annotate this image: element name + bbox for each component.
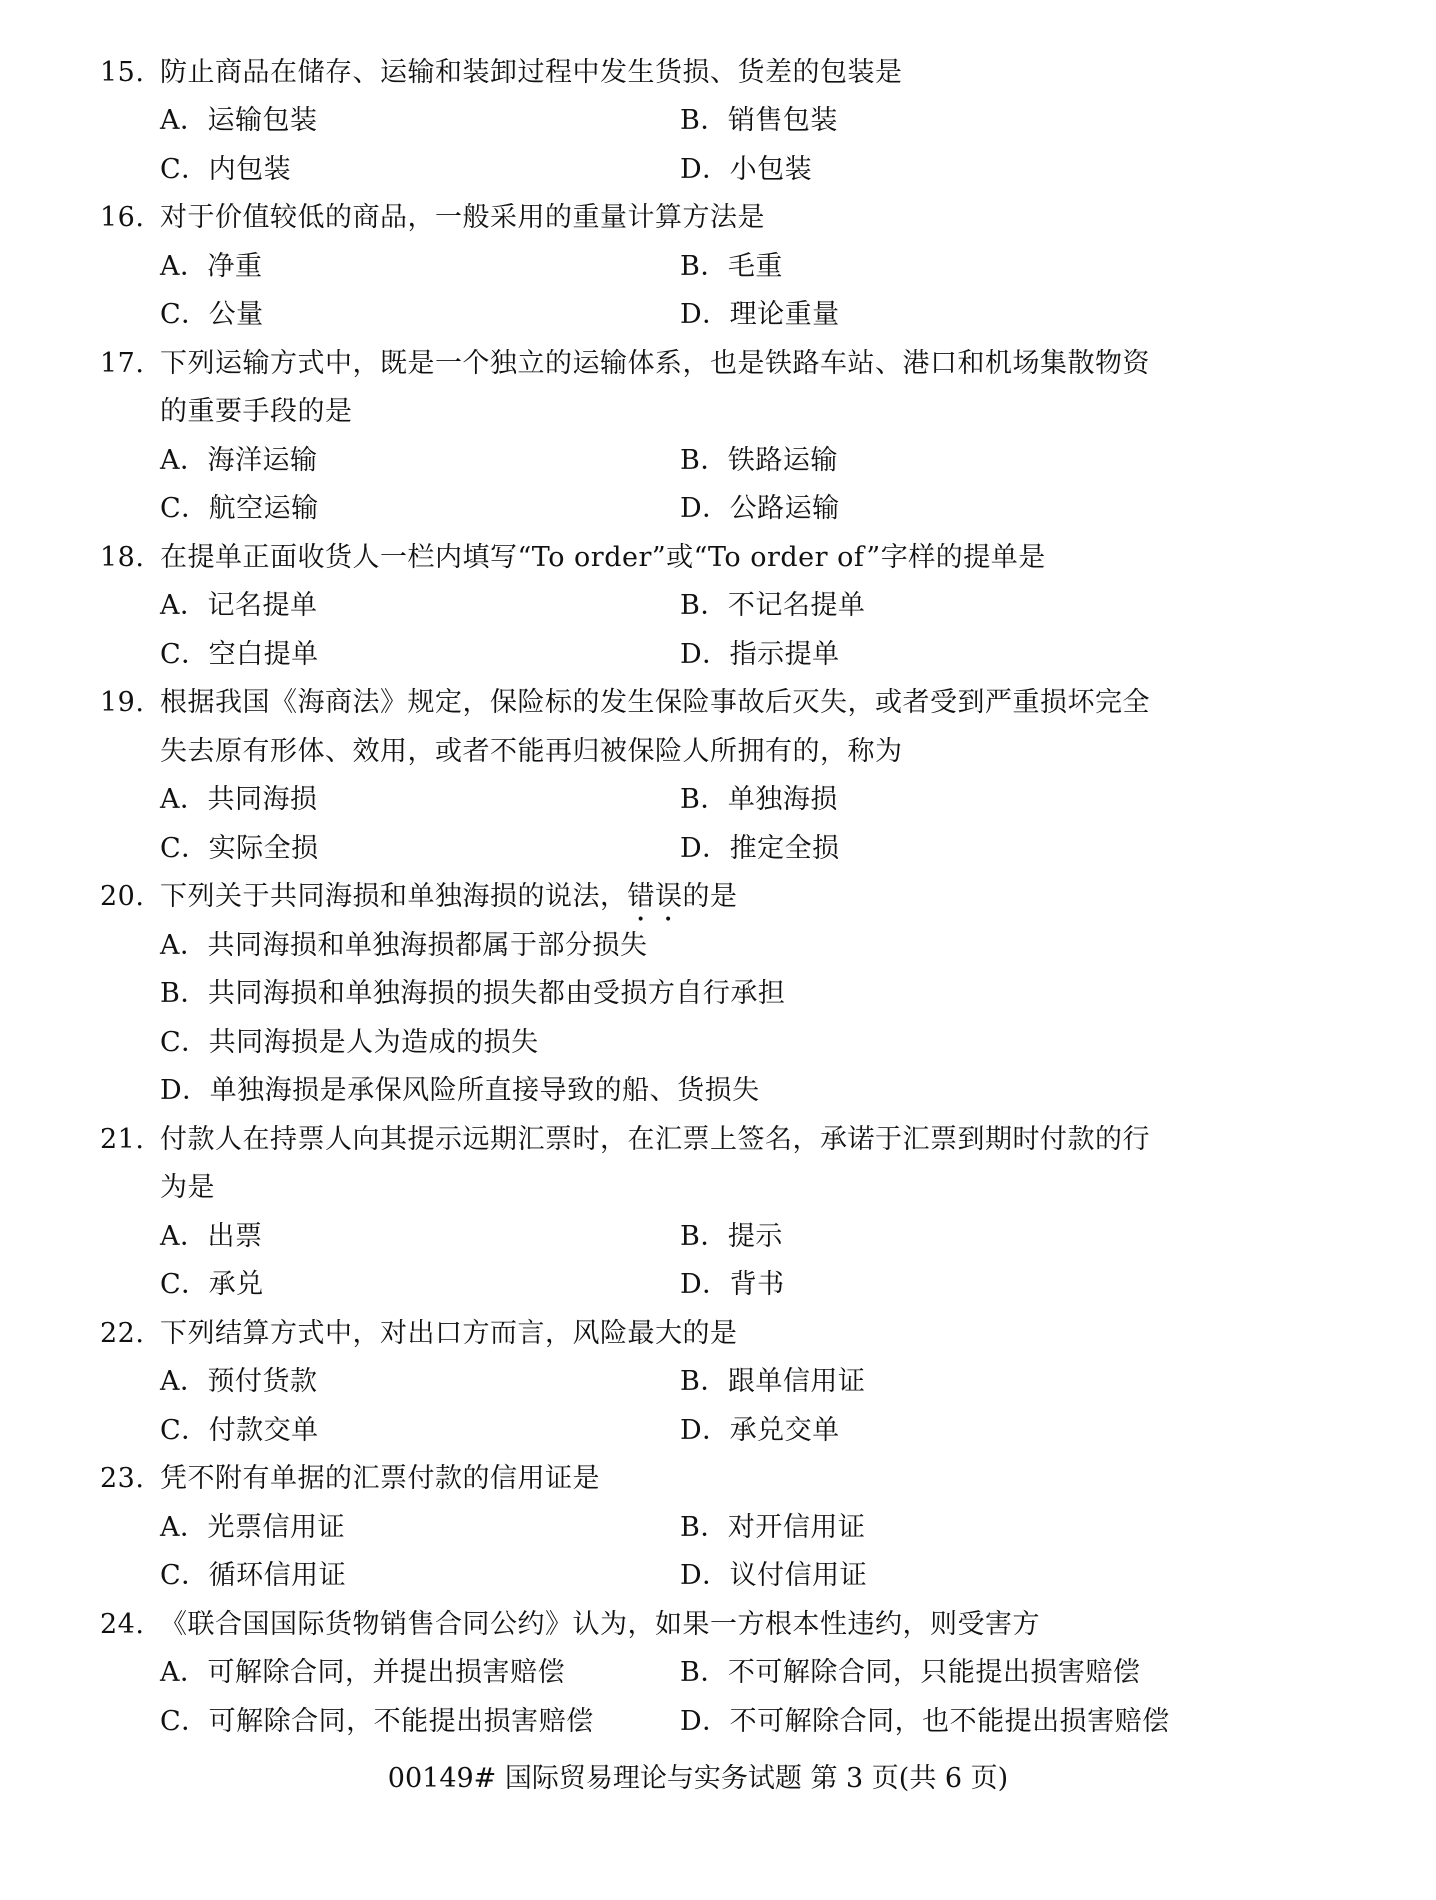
option-b: B．毛重: [680, 243, 783, 291]
option-d: D．背书: [680, 1261, 785, 1309]
emphasis-text: 错误: [628, 881, 683, 912]
question-number: 20.: [100, 873, 144, 921]
question-number: 15.: [100, 49, 144, 97]
question-text: 下列运输方式中，既是一个独立的运输体系，也是铁路车站、港口和机场集散物资: [160, 340, 1150, 388]
question-number: 17.: [100, 340, 144, 388]
question-text: 失去原有形体、效用，或者不能再归被保险人所拥有的，称为: [160, 728, 903, 776]
option-a: A．可解除合同，并提出损害赔偿: [160, 1649, 565, 1697]
option-d: D．理论重量: [680, 291, 840, 339]
question-text: 《联合国国际货物销售合同公约》认为，如果一方根本性违约，则受害方: [160, 1601, 1040, 1649]
question-text: 的重要手段的是: [160, 388, 353, 436]
option-b: B．跟单信用证: [680, 1358, 865, 1406]
footer-text: 00149# 国际贸易理论与实务试题 第 3 页(共 6 页): [388, 1756, 1008, 1795]
question-text-tail: 的是: [683, 881, 738, 912]
question-number: 18.: [100, 534, 144, 582]
option-a: A．运输包装: [160, 97, 318, 145]
page-footer: 00149# 国际贸易理论与实务试题 第 3 页(共 6 页): [0, 1756, 1436, 1795]
option-b: B．销售包装: [680, 97, 838, 145]
option-c: C．实际全损: [160, 825, 319, 873]
option-d: D．公路运输: [680, 485, 840, 533]
option-b: B．对开信用证: [680, 1504, 865, 1552]
option-d: D．单独海损是承保风险所直接导致的船、货损失: [160, 1067, 760, 1115]
option-a: A．海洋运输: [160, 437, 318, 485]
question-text: 下列结算方式中，对出口方而言，风险最大的是: [160, 1310, 738, 1358]
option-d: D．指示提单: [680, 631, 840, 679]
option-b: B．不记名提单: [680, 582, 865, 630]
option-c: C．付款交单: [160, 1407, 319, 1455]
option-a: A．记名提单: [160, 582, 318, 630]
option-a: A．共同海损和单独海损都属于部分损失: [160, 922, 648, 970]
option-c: C．可解除合同，不能提出损害赔偿: [160, 1698, 594, 1746]
option-c: C．承兑: [160, 1261, 264, 1309]
question-number: 21.: [100, 1116, 144, 1164]
question-text-lead: 下列关于共同海损和单独海损的说法，: [160, 881, 628, 912]
option-a: A．出票: [160, 1213, 263, 1261]
question-text: 为是: [160, 1164, 215, 1212]
option-d: D．不可解除合同，也不能提出损害赔偿: [680, 1698, 1170, 1746]
question-text: 在提单正面收货人一栏内填写“To order”或“To order of”字样的…: [160, 534, 1046, 582]
question-text: 凭不附有单据的汇票付款的信用证是: [160, 1455, 600, 1503]
option-b: B．铁路运输: [680, 437, 838, 485]
option-d: D．承兑交单: [680, 1407, 840, 1455]
question-number: 16.: [100, 194, 144, 242]
exam-page: 15. 防止商品在储存、运输和装卸过程中发生货损、货差的包装是 A．运输包装 B…: [0, 0, 1436, 1900]
option-a: A．共同海损: [160, 776, 318, 824]
option-d: D．小包装: [680, 146, 812, 194]
option-a: A．预付货款: [160, 1358, 318, 1406]
option-b: B．不可解除合同，只能提出损害赔偿: [680, 1649, 1140, 1697]
question-text: 下列关于共同海损和单独海损的说法，错误的是: [160, 873, 738, 928]
option-d: D．议付信用证: [680, 1552, 867, 1600]
option-c: C．空白提单: [160, 631, 319, 679]
question-text: 根据我国《海商法》规定，保险标的发生保险事故后灭失，或者受到严重损坏完全: [160, 679, 1150, 727]
option-a: A．光票信用证: [160, 1504, 345, 1552]
option-b: B．单独海损: [680, 776, 838, 824]
option-c: C．公量: [160, 291, 264, 339]
question-text: 对于价值较低的商品，一般采用的重量计算方法是: [160, 194, 765, 242]
question-number: 24.: [100, 1601, 144, 1649]
option-a: A．净重: [160, 243, 263, 291]
option-d: D．推定全损: [680, 825, 840, 873]
option-b: B．提示: [680, 1213, 783, 1261]
question-number: 19.: [100, 679, 144, 727]
question-text: 付款人在持票人向其提示远期汇票时，在汇票上签名，承诺于汇票到期时付款的行: [160, 1116, 1150, 1164]
question-text: 防止商品在储存、运输和装卸过程中发生货损、货差的包装是: [160, 49, 903, 97]
option-b: B．共同海损和单独海损的损失都由受损方自行承担: [160, 970, 785, 1018]
question-number: 22.: [100, 1310, 144, 1358]
question-number: 23.: [100, 1455, 144, 1503]
option-c: C．航空运输: [160, 485, 319, 533]
option-c: C．共同海损是人为造成的损失: [160, 1019, 539, 1067]
option-c: C．内包装: [160, 146, 291, 194]
option-c: C．循环信用证: [160, 1552, 346, 1600]
